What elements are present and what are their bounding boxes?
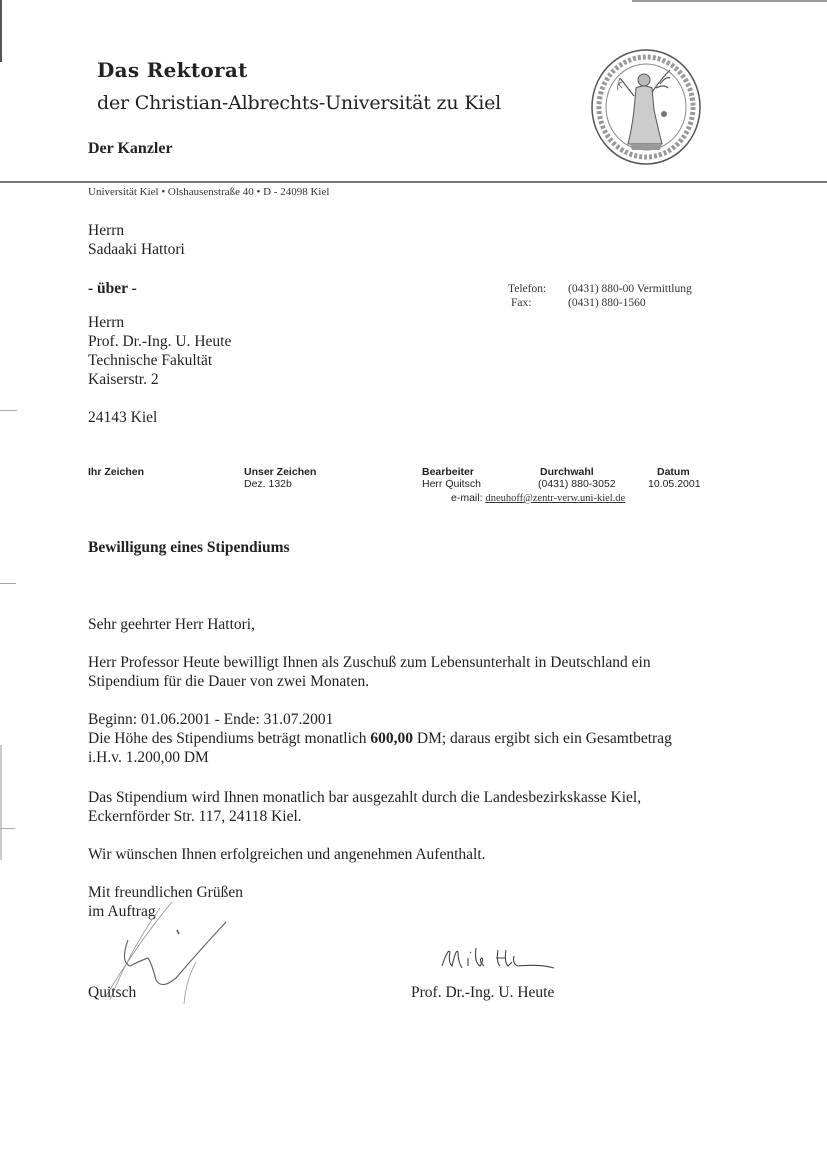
fax-label: Fax: xyxy=(508,296,568,310)
ref-unser-zeichen: Unser Zeichen Dez. 132b xyxy=(244,466,316,490)
signature-heute-icon xyxy=(440,944,570,974)
via-city: 24143 Kiel xyxy=(88,408,157,427)
via-name: Prof. Dr.-Ing. U. Heute xyxy=(88,332,231,351)
scan-fold-mark xyxy=(0,410,17,411)
recipient-salutation: Herrn xyxy=(88,221,185,240)
ref-bearbeiter: Bearbeiter Herr Quitsch xyxy=(422,466,481,490)
paragraph-line: Stipendium für die Dauer von zwei Monate… xyxy=(88,672,651,691)
ref-label: Datum xyxy=(648,466,701,478)
ref-label: Unser Zeichen xyxy=(244,466,316,478)
ref-value: Herr Quitsch xyxy=(422,478,481,490)
email-link[interactable]: dneuhoff@zentr-verw.uni-kiel.de xyxy=(485,493,625,504)
amount-value: 600,00 xyxy=(370,730,413,747)
recipient-name: Sadaaki Hattori xyxy=(88,240,185,259)
sender-address-line: Universität Kiel • Olshausenstraße 40 • … xyxy=(88,186,329,198)
contact-block: Telefon:(0431) 880-00 Vermittlung Fax:(0… xyxy=(508,282,692,310)
via-address: Herrn Prof. Dr.-Ing. U. Heute Technische… xyxy=(88,313,231,389)
ref-value: Dez. 132b xyxy=(244,478,316,490)
ref-durchwahl: Durchwahl (0431) 880-3052 xyxy=(538,466,616,490)
scholarship-period: Beginn: 01.06.2001 - Ende: 31.07.2001 xyxy=(88,710,672,729)
letterhead-university: der Christian-Albrechts-Universität zu K… xyxy=(97,92,501,114)
recipient-address: Herrn Sadaaki Hattori xyxy=(88,221,185,259)
paragraph-line: Eckernförder Str. 117, 24118 Kiel. xyxy=(88,807,641,826)
via-salutation: Herrn xyxy=(88,313,231,332)
amount-text: DM; daraus ergibt sich ein Gesamtbetrag xyxy=(413,730,672,747)
letterhead-office: Der Kanzler xyxy=(88,140,173,158)
scan-fold-mark xyxy=(0,583,16,584)
letterhead-title: Das Rektorat xyxy=(97,58,248,82)
ref-value: 10.05.2001 xyxy=(648,478,701,490)
letter-paragraph: Wir wünschen Ihnen erfolgreichen und ang… xyxy=(88,845,486,864)
fax-value: (0431) 880-1560 xyxy=(568,297,646,309)
ref-email: e-mail: dneuhoff@zentr-verw.uni-kiel.de xyxy=(451,492,625,505)
amount-text: Die Höhe des Stipendiums beträgt monatli… xyxy=(88,730,370,747)
paragraph-line: Herr Professor Heute bewilligt Ihnen als… xyxy=(88,653,651,672)
via-label: - über - xyxy=(88,279,137,298)
phone-value: (0431) 880-00 Vermittlung xyxy=(568,283,692,295)
letter-greeting: Sehr geehrter Herr Hattori, xyxy=(88,615,255,634)
signer-right-name: Prof. Dr.-Ing. U. Heute xyxy=(411,983,554,1002)
scan-edge-artifact xyxy=(0,745,2,860)
letterhead-divider xyxy=(0,181,827,183)
scan-edge-artifact xyxy=(632,0,827,2)
via-street: Kaiserstr. 2 xyxy=(88,370,231,389)
letter-paragraph: Herr Professor Heute bewilligt Ihnen als… xyxy=(88,653,651,691)
email-label: e-mail: xyxy=(451,492,483,504)
letter-subject: Bewilligung eines Stipendiums xyxy=(88,539,290,557)
scan-fold-mark xyxy=(0,828,15,829)
ref-ihr-zeichen: Ihr Zeichen xyxy=(88,466,144,478)
university-seal-icon xyxy=(590,48,702,166)
letter-paragraph: Beginn: 01.06.2001 - Ende: 31.07.2001 Di… xyxy=(88,710,672,767)
letter-paragraph: Das Stipendium wird Ihnen monatlich bar … xyxy=(88,788,641,826)
scholarship-total: i.H.v. 1.200,00 DM xyxy=(88,748,672,767)
scan-edge-artifact xyxy=(0,0,2,62)
ref-label: Durchwahl xyxy=(538,466,616,478)
ref-label: Ihr Zeichen xyxy=(88,466,144,478)
ref-datum: Datum 10.05.2001 xyxy=(648,466,701,490)
paragraph-line: Das Stipendium wird Ihnen monatlich bar … xyxy=(88,788,641,807)
ref-value: (0431) 880-3052 xyxy=(538,478,616,490)
scholarship-amount: Die Höhe des Stipendiums beträgt monatli… xyxy=(88,729,672,748)
via-faculty: Technische Fakultät xyxy=(88,351,231,370)
ref-label: Bearbeiter xyxy=(422,466,481,478)
phone-label: Telefon: xyxy=(508,282,568,296)
signer-left-name: Quitsch xyxy=(88,983,136,1002)
